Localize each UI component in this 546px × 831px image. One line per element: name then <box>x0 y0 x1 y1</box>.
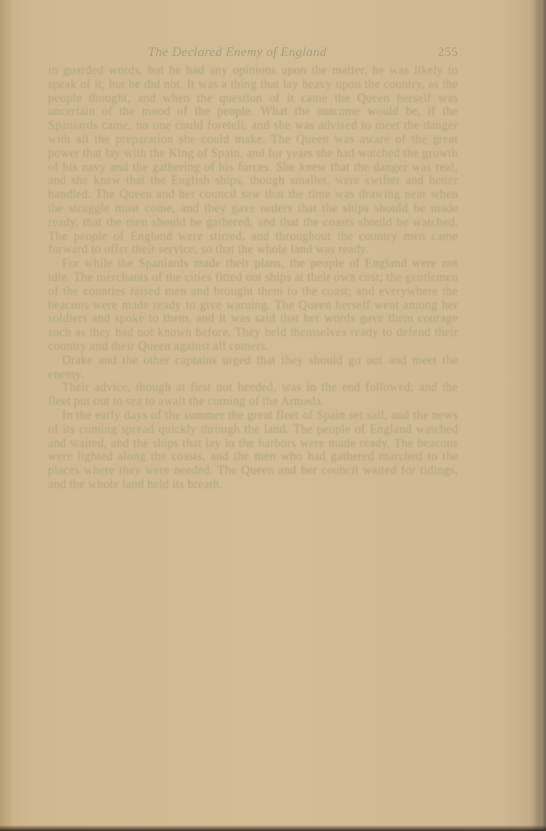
body-text: in guarded words, but he had any opinion… <box>48 64 458 492</box>
page-edge <box>534 0 546 831</box>
running-head: The Declared Enemy of England 255 <box>48 44 458 60</box>
gutter-shadow <box>0 0 14 831</box>
page-bottom-edge <box>0 825 546 831</box>
page-number: 255 <box>438 44 458 60</box>
paragraph: In the early days of the summer the grea… <box>48 409 458 492</box>
paragraph: Drake and the other captains urged that … <box>48 354 458 382</box>
running-head-title: The Declared Enemy of England <box>148 44 327 60</box>
paragraph: in guarded words, but he had any opinion… <box>48 64 458 257</box>
book-page: The Declared Enemy of England 255 in gua… <box>0 0 546 831</box>
paragraph: Their advice, though at first not heeded… <box>48 381 458 409</box>
paragraph: For while the Spaniards made their plans… <box>48 257 458 354</box>
